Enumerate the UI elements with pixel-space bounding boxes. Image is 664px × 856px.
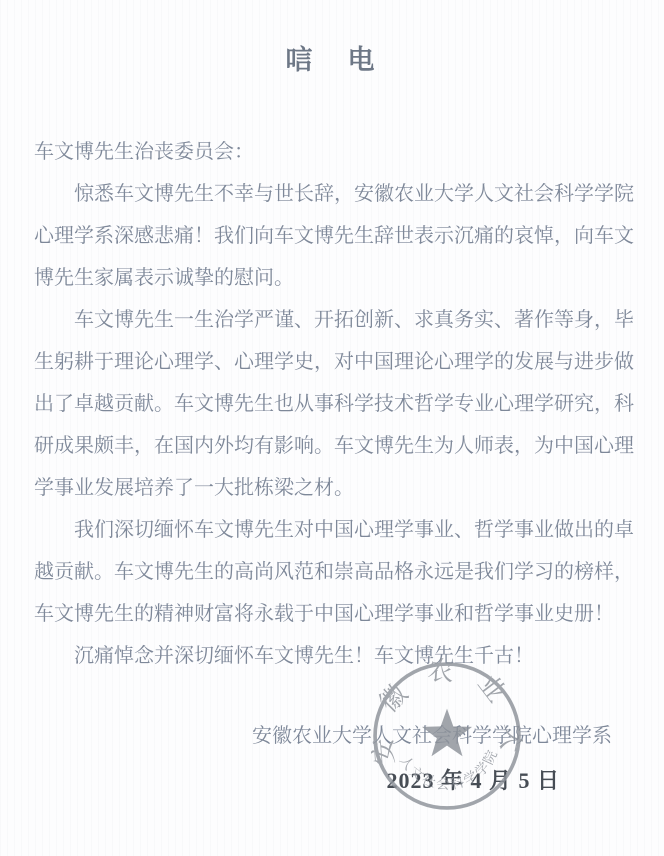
date-text: 2023 年 4 月 5 日 <box>386 761 634 801</box>
paragraph-3: 我们深切缅怀车文博先生对中国心理学事业、哲学事业做出的卓越贡献。车文博先生的高尚… <box>34 509 634 635</box>
signature-line: 安徽农业大学人文社会科学学院心理学系 <box>34 715 634 757</box>
date-line: 2023 年 4 月 5 日 <box>34 761 634 801</box>
paragraph-2: 车文博先生一生治学严谨、开拓创新、求真务实、著作等身，毕生躬耕于理论心理学、心理… <box>34 299 634 509</box>
letter-body: 车文博先生治丧委员会： 惊悉车文博先生不幸与世长辞，安徽农业大学人文社会科学学院… <box>34 131 634 677</box>
paragraph-1: 惊悉车文博先生不幸与世长辞，安徽农业大学人文社会科学学院心理学系深感悲痛！我们向… <box>34 173 634 299</box>
paragraph-4: 沉痛悼念并深切缅怀车文博先生！车文博先生千古！ <box>34 635 634 677</box>
page-title: 唁 电 <box>0 0 664 77</box>
signature-text: 安徽农业大学人文社会科学学院心理学系 <box>252 715 634 757</box>
scanned-condolence-letter: 唁 电 车文博先生治丧委员会： 惊悉车文博先生不幸与世长辞，安徽农业大学人文社会… <box>0 0 664 856</box>
addressee-line: 车文博先生治丧委员会： <box>34 131 634 173</box>
